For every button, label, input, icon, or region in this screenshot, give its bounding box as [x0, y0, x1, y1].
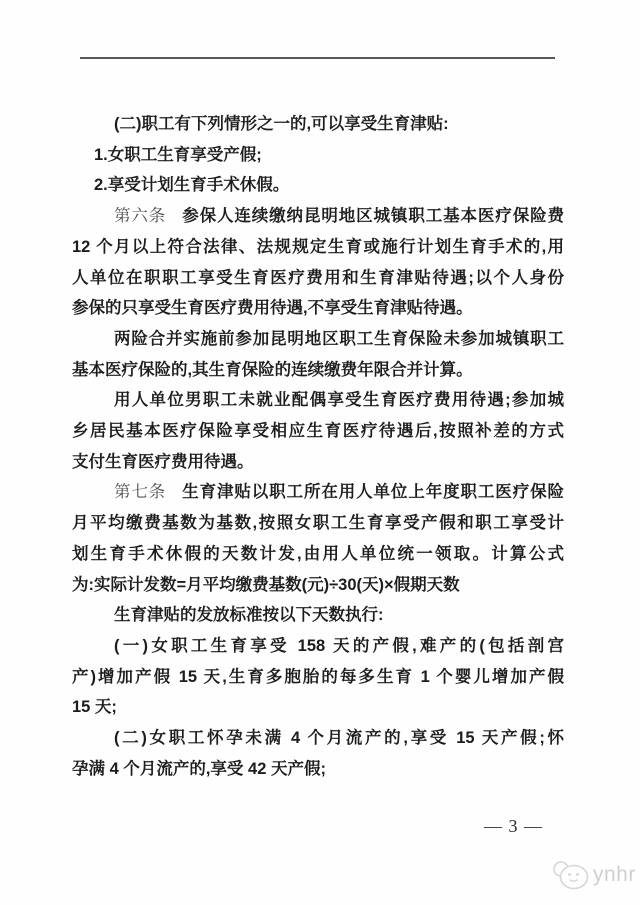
text-line: 月平均缴费基数为基数,按照女职工生育享受产假和职工享受计	[72, 508, 564, 539]
text-line: 乡居民基本医疗保险享受相应生育医疗待遇后,按照补差的方式	[72, 416, 564, 447]
text-line: 第六条参保人连续缴纳昆明地区城镇职工基本医疗保险费	[72, 201, 564, 232]
text-line: 支付生育医疗费用待遇。	[72, 447, 564, 478]
panda-doodle-icon	[552, 858, 590, 892]
document-body: (二)职工有下列情形之一的,可以享受生育津贴: 1.女职工生育享受产假; 2.享…	[72, 109, 564, 784]
article-number: 第七条	[114, 482, 182, 501]
document-page: (二)职工有下列情形之一的,可以享受生育津贴: 1.女职工生育享受产假; 2.享…	[0, 0, 640, 905]
watermark: ynhr	[552, 858, 636, 892]
article-text: 生育津贴以职工所在用人单位上年度职工医疗保险	[182, 483, 564, 501]
text-line: 生育津贴的发放标准按以下天数执行:	[72, 600, 564, 631]
text-line: 12 个月以上符合法律、法规规定生育或施行计划生育手术的,用	[72, 232, 564, 263]
article-number: 第六条	[114, 206, 182, 225]
text-line: 1.女职工生育享受产假;	[72, 140, 564, 171]
text-line: 15 天;	[72, 692, 564, 723]
text-line: 产)增加产假 15 天,生育多胞胎的每多生育 1 个婴儿增加产假	[72, 662, 564, 693]
text-line: 基本医疗保险的,其生育保险的连续缴费年限合并计算。	[72, 355, 564, 386]
watermark-text: ynhr	[593, 863, 636, 887]
page-number: — 3 —	[0, 816, 543, 837]
text-line: 为:实际计发数=月平均缴费基数(元)÷30(天)×假期天数	[72, 570, 564, 601]
text-line: 两险合并实施前参加昆明地区职工生育保险未参加城镇职工	[72, 324, 564, 355]
text-line: 孕满 4 个月流产的,享受 42 天产假;	[72, 754, 564, 785]
text-line: 人单位在职职工享受生育医疗费用和生育津贴待遇;以个人身份	[72, 263, 564, 294]
text-line: 参保的只享受生育医疗费用待遇,不享受生育津贴待遇。	[72, 293, 564, 324]
text-line: (一)女职工生育享受 158 天的产假,难产的(包括剖宫	[72, 631, 564, 662]
text-line: 用人单位男职工未就业配偶享受生育医疗费用待遇;参加城	[72, 385, 564, 416]
text-line: 划生育手术休假的天数计发,由用人单位统一领取。计算公式	[72, 539, 564, 570]
text-line: 2.享受计划生育手术休假。	[72, 170, 564, 201]
text-line: (二)职工有下列情形之一的,可以享受生育津贴:	[72, 109, 564, 140]
text-line: 第七条生育津贴以职工所在用人单位上年度职工医疗保险	[72, 477, 564, 508]
text-line: (二)女职工怀孕未满 4 个月流产的,享受 15 天产假;怀	[72, 723, 564, 754]
top-rule	[80, 57, 555, 59]
article-text: 参保人连续缴纳昆明地区城镇职工基本医疗保险费	[182, 207, 564, 225]
